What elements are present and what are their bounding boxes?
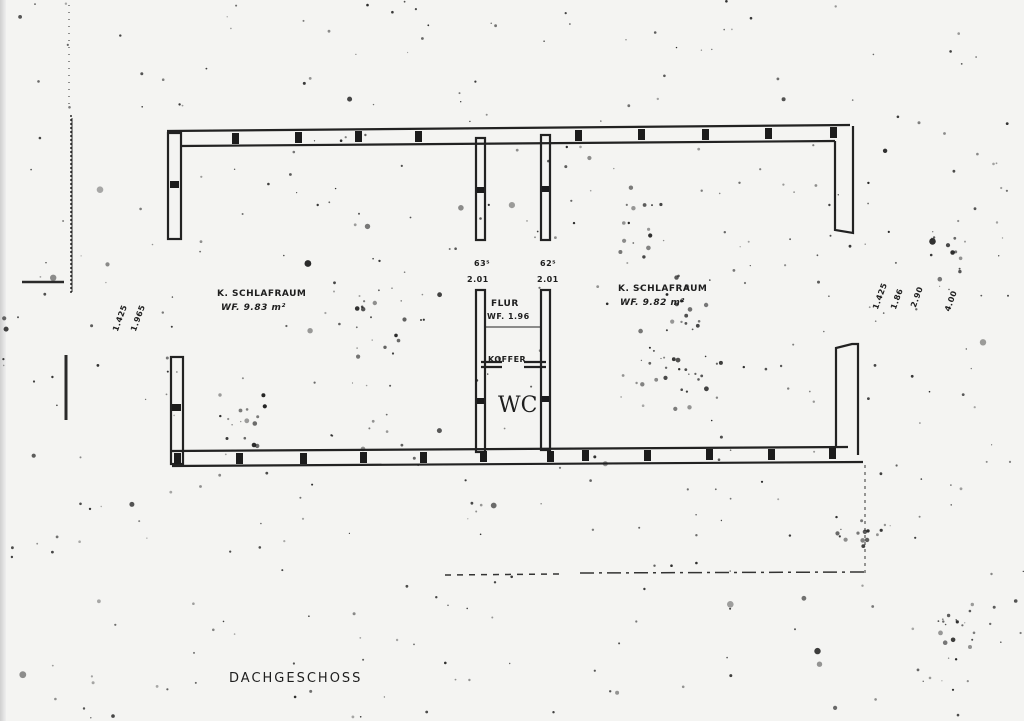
room-koffer-name: KOFFER bbox=[488, 356, 526, 364]
door-left-height: 2.01 bbox=[467, 276, 489, 284]
room-wc-name: WC bbox=[498, 395, 537, 417]
floor-plan-sheet: K. SCHLAFRAUM WF. 9.83 m² K. SCHLAFRAUM … bbox=[0, 0, 1024, 721]
room-2-area: WF. 9.82 m² bbox=[620, 299, 685, 308]
drawing-title: DACHGESCHOSS bbox=[229, 672, 362, 685]
door-right-width: 62⁵ bbox=[540, 260, 556, 268]
room-1-name: K. SCHLAFRAUM bbox=[217, 290, 306, 299]
room-2-name: K. SCHLAFRAUM bbox=[618, 285, 707, 294]
room-flur-area: WF. 1.96 bbox=[487, 313, 530, 321]
room-flur-name: FLUR bbox=[491, 300, 519, 309]
door-left-width: 63⁵ bbox=[474, 260, 490, 268]
door-right-height: 2.01 bbox=[537, 276, 559, 284]
room-1-area: WF. 9.83 m² bbox=[221, 304, 286, 313]
